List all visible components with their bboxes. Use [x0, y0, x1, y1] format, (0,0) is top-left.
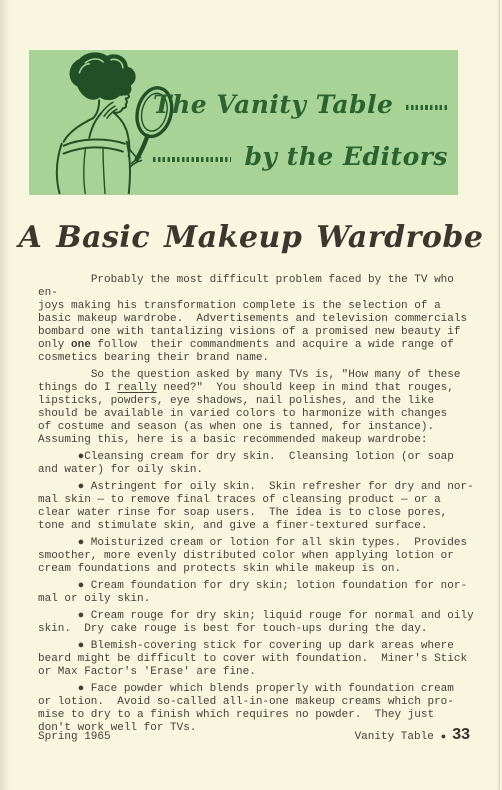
bullet-item-foundation: ● Cream foundation for dry skin; lotion … — [38, 580, 474, 606]
footer-issue: Spring 1965 — [38, 731, 111, 743]
column-title: The Vanity Table — [153, 90, 393, 119]
underlined-word: really — [117, 382, 157, 394]
paragraph-segment: follow their commandments and acquire a … — [38, 339, 454, 364]
bullet-item-cleansing: ●Cleansing cream for dry skin. Cleansing… — [38, 451, 474, 477]
bullet-item-blemish-stick: ● Blemish-covering stick for covering up… — [38, 640, 474, 679]
bullet-item-astringent: ● Astringent for oily skin. Skin refresh… — [38, 481, 474, 533]
byline: by the Editors — [244, 142, 448, 171]
magazine-page: The Vanity Table by the Editors A Basic … — [0, 0, 502, 790]
bullet-item-moisturizer: ● Moisturized cream or lotion for all sk… — [38, 537, 474, 576]
banner-title-row: The Vanity Table — [153, 86, 448, 122]
article-body: Probably the most difficult problem face… — [38, 274, 474, 739]
paragraph-question: So the question asked by many TVs is, "H… — [38, 369, 474, 447]
footer-publication: Vanity Table — [355, 731, 434, 743]
footer-publication-page: Vanity Table ● 33 — [355, 726, 470, 744]
banner-byline-row: by the Editors — [153, 138, 448, 174]
article-title: A Basic Makeup Wardrobe — [0, 220, 502, 255]
dotted-leader-icon — [153, 157, 231, 162]
dotted-leader-icon — [406, 105, 448, 110]
bullet-item-rouge: ● Cream rouge for dry skin; liquid rouge… — [38, 610, 474, 636]
emphasized-word: one — [71, 339, 91, 351]
page-number: 33 — [452, 726, 470, 744]
paragraph-intro: Probably the most difficult problem face… — [38, 274, 474, 365]
bullet-separator-icon: ● — [441, 732, 446, 742]
header-banner: The Vanity Table by the Editors — [29, 50, 458, 195]
page-footer: Spring 1965 Vanity Table ● 33 — [38, 726, 470, 744]
